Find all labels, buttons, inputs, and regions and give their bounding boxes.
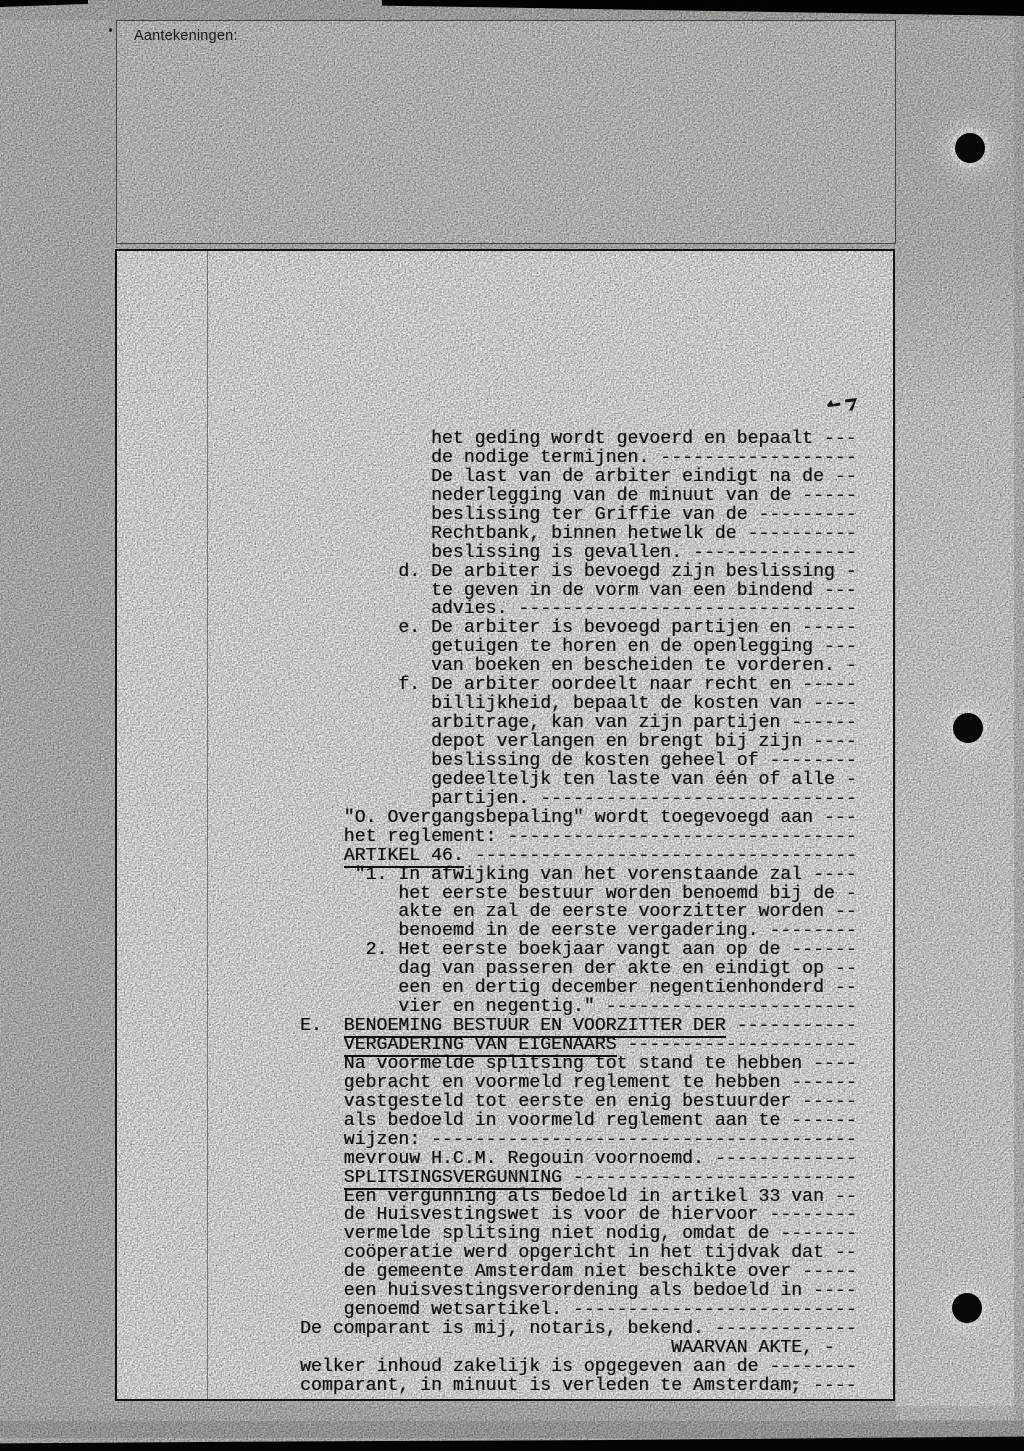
text-line: welker inhoud zakelijk is opgegeven aan … — [300, 1358, 862, 1377]
text-line: beslissing is gevallen. --------------- — [300, 544, 862, 563]
text-line: E. BENOEMING BESTUUR EN VOORZITTER DER -… — [300, 1017, 862, 1036]
text-line: akte en zal de eerste voorzitter worden … — [300, 903, 862, 922]
text-line: het reglement: -------------------------… — [300, 828, 862, 847]
text-line: het geding wordt gevoerd en bepaalt --- — [300, 430, 862, 449]
text-line: beslissing ter Griffie van de --------- — [300, 506, 862, 525]
scan-bottom-soft-band — [0, 1406, 1024, 1422]
text-line: f. De arbiter oordeelt naar recht en ---… — [300, 676, 862, 695]
deed-text-block: het geding wordt gevoerd en bepaalt --- … — [300, 430, 862, 1396]
text-line: advies. ------------------------------- — [300, 600, 862, 619]
text-line: VERGADERING VAN EIGENAARS --------------… — [300, 1036, 862, 1055]
text-line: genoemd wetsartikel. -------------------… — [300, 1301, 862, 1320]
text-line: vier en negentig." ---------------------… — [300, 998, 862, 1017]
text-line: wijzen: --------------------------------… — [300, 1131, 862, 1150]
text-line: e. De arbiter is bevoegd partijen en ---… — [300, 619, 862, 638]
text-line: de nodige termijnen. ------------------ — [300, 449, 862, 468]
text-line: een huisvestingsverordening als bedoeld … — [300, 1282, 862, 1301]
text-line: ARTIKEL 46. ----------------------------… — [300, 847, 862, 866]
text-line: WAARVAN AKTE, - — [300, 1339, 862, 1358]
text-line: Een vergunning als bedoeld in artikel 33… — [300, 1188, 862, 1207]
text-line: benoemd in de eerste vergadering. ------… — [300, 922, 862, 941]
text-line: de gemeente Amsterdam niet beschikte ove… — [300, 1263, 862, 1282]
scan-right-edge-shadow — [1014, 20, 1024, 1430]
notes-label: Aantekeningen: — [134, 28, 238, 44]
text-line: partijen. ----------------------------- — [300, 790, 862, 809]
text-line: een en dertig december negentienhonderd … — [300, 979, 862, 998]
text-line: nederlegging van de minuut van de ----- — [300, 487, 862, 506]
text-line: coöperatie werd opgericht in het tijdvak… — [300, 1244, 862, 1263]
text-line: 2. Het eerste boekjaar vangt aan op de -… — [300, 941, 862, 960]
text-line: SPLITSINGSVERGUNNING -------------------… — [300, 1169, 862, 1188]
scan-bottom-gray-band — [0, 1421, 1024, 1438]
text-line: arbitrage, kan van zijn partijen ------ — [300, 714, 862, 733]
scan-speck — [109, 28, 112, 32]
text-line: comparant, in minuut is verleden te Amst… — [300, 1377, 862, 1396]
text-line: gebracht en voormeld reglement te hebben… — [300, 1074, 862, 1093]
text-line: beslissing de kosten geheel of -------- — [300, 752, 862, 771]
text-line: "1. In afwijking van het vorenstaande za… — [300, 866, 862, 885]
text-line: dag van passeren der akte en eindigt op … — [300, 960, 862, 979]
text-line: gedeelteljk ten laste van één of alle - — [300, 771, 862, 790]
punch-hole-middle — [953, 713, 983, 743]
text-line: d. De arbiter is bevoegd zijn beslissing… — [300, 563, 862, 582]
text-line: "O. Overgangsbepaling" wordt toegevoegd … — [300, 809, 862, 828]
text-line: vastgesteld tot eerste en enig bestuurde… — [300, 1093, 862, 1112]
page-corner-smudge-mark — [826, 396, 860, 413]
text-line: De comparant is mij, notaris, bekend. --… — [300, 1320, 862, 1339]
scan-speck — [793, 1381, 798, 1384]
text-line: billijkheid, bepaalt de kosten van ---- — [300, 695, 862, 714]
text-line: De last van de arbiter eindigt na de -- — [300, 468, 862, 487]
scanned-deed-page: Aantekeningen: het geding wordt gevoerd … — [0, 0, 1024, 1451]
punch-hole-bottom — [952, 1293, 982, 1323]
text-line: te geven in de vorm van een bindend --- — [300, 582, 862, 601]
punch-hole-top — [955, 133, 985, 163]
smudge-mark-icon — [826, 396, 860, 413]
text-line: als bedoeld in voormeld reglement aan te… — [300, 1112, 862, 1131]
text-line: depot verlangen en brengt bij zijn ---- — [300, 733, 862, 752]
text-line: mevrouw H.C.M. Regouin voornoemd. ------… — [300, 1150, 862, 1169]
text-line: de Huisvestingswet is voor de hiervoor -… — [300, 1206, 862, 1225]
text-line: vermelde splitsing niet nodig, omdat de … — [300, 1225, 862, 1244]
margin-rule — [207, 251, 208, 1399]
notes-box: Aantekeningen: — [116, 20, 896, 244]
text-line: Na voormelde splitsing tot stand te hebb… — [300, 1055, 862, 1074]
text-line: van boeken en bescheiden te vorderen. - — [300, 657, 862, 676]
text-line: Rechtbank, binnen hetwelk de ---------- — [300, 525, 862, 544]
text-line: het eerste bestuur worden benoemd bij de… — [300, 885, 862, 904]
text-line: getuigen te horen en de openlegging --- — [300, 638, 862, 657]
